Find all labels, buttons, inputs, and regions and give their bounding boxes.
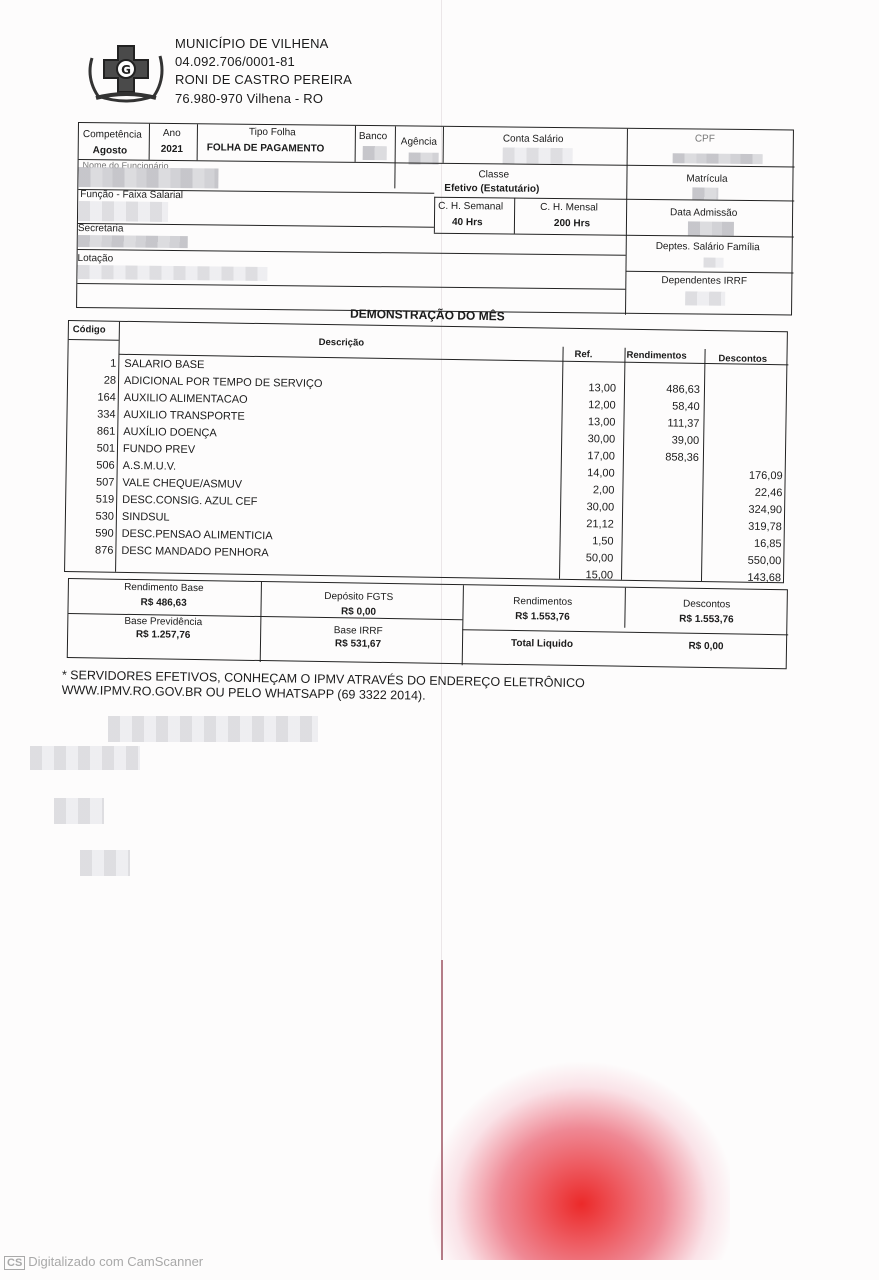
col-ref: Ref. bbox=[574, 349, 592, 360]
cell-desc: SINDSUL bbox=[122, 509, 170, 527]
cell-rend bbox=[626, 517, 698, 518]
cell-desc: DESC.CONSIG. AZUL CEF bbox=[122, 492, 258, 511]
demonstracao-title: DEMONSTRAÇÃO DO MÊS bbox=[350, 307, 505, 324]
cell-rend bbox=[627, 466, 699, 467]
cpf-label: CPF bbox=[695, 133, 715, 145]
nome-funcionario-redacted bbox=[78, 167, 218, 188]
banco-value-redacted bbox=[363, 146, 387, 160]
payroll-table: Código Descrição Ref. Rendimentos Descon… bbox=[64, 320, 788, 583]
cell-desco: 324,90 bbox=[706, 501, 782, 519]
cell-rend bbox=[626, 534, 698, 535]
base-irrf-label: Base IRRF bbox=[334, 625, 383, 637]
cell-desco bbox=[708, 416, 784, 417]
cell-ref: 21,12 bbox=[558, 516, 614, 534]
cell-code: 334 bbox=[67, 406, 115, 424]
cell-desco bbox=[708, 382, 784, 383]
cell-desco bbox=[708, 365, 784, 366]
camscanner-watermark: CSDigitalizado com CamScanner bbox=[4, 1254, 203, 1270]
cell-ref: 15,00 bbox=[557, 567, 613, 585]
cell-rend: 858,36 bbox=[627, 449, 699, 467]
redacted-signature-4 bbox=[80, 850, 130, 876]
competencia-label: Competência bbox=[83, 129, 142, 142]
cell-code: 164 bbox=[68, 389, 116, 407]
cell-desc: SALARIO BASE bbox=[124, 356, 204, 374]
cell-ref: 30,00 bbox=[559, 431, 615, 449]
funcao-redacted bbox=[78, 201, 168, 222]
agencia-label: Agência bbox=[401, 136, 437, 148]
base-irrf-value: R$ 531,67 bbox=[258, 637, 458, 651]
descontos-total-label: Descontos bbox=[683, 599, 730, 611]
base-previdencia-label: Base Previdência bbox=[124, 616, 202, 628]
cell-code: 519 bbox=[66, 491, 114, 509]
red-stain bbox=[400, 980, 730, 1260]
total-liquido-value: R$ 0,00 bbox=[624, 640, 788, 654]
cell-desco: 16,85 bbox=[705, 535, 781, 553]
total-liquido-label: Total Liquido bbox=[462, 637, 622, 651]
deptes-salario-familia-label: Deptes. Salário Família bbox=[656, 241, 760, 254]
cell-ref: 13,00 bbox=[559, 414, 615, 432]
cell-code: 876 bbox=[65, 542, 113, 560]
cell-ref: 14,00 bbox=[559, 465, 615, 483]
ano-value: 2021 bbox=[161, 144, 183, 156]
tipo-folha-value: FOLHA DE PAGAMENTO bbox=[207, 142, 325, 155]
col-descricao: Descrição bbox=[319, 337, 365, 349]
matricula-redacted bbox=[692, 187, 718, 199]
cell-rend: 486,63 bbox=[628, 381, 700, 399]
cell-desc: AUXILIO TRANSPORTE bbox=[123, 407, 245, 426]
competencia-value: Agosto bbox=[93, 145, 128, 157]
municipality-name: MUNICÍPIO DE VILHENA bbox=[175, 36, 329, 52]
cell-desco: 22,46 bbox=[706, 484, 782, 502]
cell-desc: AUXILIO ALIMENTACAO bbox=[124, 390, 248, 409]
employee-info-box: Competência Agosto Ano 2021 Tipo Folha F… bbox=[76, 122, 794, 315]
cell-code: 530 bbox=[66, 508, 114, 526]
totals-box: Rendimento Base R$ 486,63 Depósito FGTS … bbox=[67, 578, 788, 669]
rendimentos-total-label: Rendimentos bbox=[513, 596, 572, 608]
classe-label: Classe bbox=[478, 169, 509, 181]
cell-code: 861 bbox=[67, 423, 115, 441]
cell-ref: 50,00 bbox=[557, 550, 613, 568]
cell-ref: 13,00 bbox=[560, 380, 616, 398]
data-admissao-label: Data Admissão bbox=[670, 207, 737, 220]
cell-desco: 319,78 bbox=[706, 518, 782, 536]
redacted-signature-2 bbox=[30, 746, 140, 770]
cell-code: 28 bbox=[68, 372, 116, 390]
conta-salario-redacted bbox=[503, 147, 573, 164]
cell-code: 590 bbox=[66, 525, 114, 543]
cpf-redacted bbox=[673, 153, 763, 164]
cell-desco: 550,00 bbox=[705, 552, 781, 570]
classe-value: Efetivo (Estatutário) bbox=[444, 183, 539, 196]
cell-code: 1 bbox=[68, 355, 116, 373]
redacted-signature-3 bbox=[54, 798, 104, 824]
cell-desc: A.S.M.U.V. bbox=[123, 458, 177, 476]
rendimentos-total-value: R$ 1.553,76 bbox=[462, 610, 622, 624]
address: RONI DE CASTRO PEREIRA bbox=[175, 72, 352, 88]
cell-ref: 1,50 bbox=[557, 533, 613, 551]
ch-semanal-label: C. H. Semanal bbox=[438, 201, 503, 214]
deposito-fgts-label: Depósito FGTS bbox=[324, 591, 393, 603]
dependentes-irrf-redacted bbox=[685, 291, 725, 305]
rendimento-base-label: Rendimento Base bbox=[124, 582, 204, 594]
cell-rend: 39,00 bbox=[627, 432, 699, 450]
cell-desco: 176,09 bbox=[707, 467, 783, 485]
redacted-signature-1 bbox=[108, 716, 318, 742]
matricula-label: Matrícula bbox=[686, 173, 727, 185]
cell-ref: 2,00 bbox=[558, 482, 614, 500]
tipo-folha-label: Tipo Folha bbox=[249, 127, 296, 139]
lotacao-redacted bbox=[77, 265, 267, 281]
ch-mensal-label: C. H. Mensal bbox=[540, 202, 598, 215]
base-previdencia-value: R$ 1.257,76 bbox=[68, 628, 258, 642]
svg-text:G: G bbox=[121, 63, 131, 77]
col-codigo: Código bbox=[73, 324, 106, 336]
cell-rend bbox=[625, 568, 697, 569]
cell-code: 501 bbox=[67, 440, 115, 458]
dependentes-irrf-label: Dependentes IRRF bbox=[661, 275, 747, 288]
cell-rend bbox=[628, 364, 700, 365]
cnpj: 04.092.706/0001-81 bbox=[175, 54, 295, 70]
conta-salario-label: Conta Salário bbox=[503, 133, 564, 146]
secretaria-redacted bbox=[78, 235, 188, 248]
lotacao-label: Lotação bbox=[78, 253, 114, 265]
ano-label: Ano bbox=[163, 128, 181, 140]
data-admissao-redacted bbox=[688, 221, 734, 235]
cell-code bbox=[65, 559, 113, 560]
cell-code: 507 bbox=[66, 474, 114, 492]
cell-ref: 12,00 bbox=[560, 397, 616, 415]
cell-ref bbox=[560, 363, 616, 364]
camscanner-logo-icon: CS bbox=[4, 1256, 25, 1270]
cell-rend: 58,40 bbox=[628, 398, 700, 416]
rendimento-base-value: R$ 486,63 bbox=[69, 596, 259, 610]
descontos-total-value: R$ 1.553,76 bbox=[624, 613, 788, 627]
cell-desc: FUNDO PREV bbox=[123, 441, 195, 459]
coat-of-arms-icon: G bbox=[82, 38, 170, 104]
deptes-redacted bbox=[704, 258, 724, 268]
camscanner-text: Digitalizado com CamScanner bbox=[28, 1254, 203, 1269]
cell-desco: 143,68 bbox=[705, 569, 781, 587]
cell-desco bbox=[707, 433, 783, 434]
cell-desc: VALE CHEQUE/ASMUV bbox=[122, 475, 242, 494]
cell-desc: AUXÍLIO DOENÇA bbox=[123, 424, 217, 442]
cell-rend bbox=[625, 551, 697, 552]
ipmv-note: * SERVIDORES EFETIVOS, CONHEÇAM O IPMV A… bbox=[62, 668, 662, 707]
cell-desco bbox=[707, 450, 783, 451]
ch-mensal-value: 200 Hrs bbox=[554, 218, 590, 230]
col-rendimentos: Rendimentos bbox=[626, 350, 686, 362]
funcao-label: Função - Faixa Salarial bbox=[80, 189, 183, 202]
secretaria-label: Secretaria bbox=[78, 223, 124, 235]
banco-label: Banco bbox=[359, 131, 387, 143]
city: 76.980-970 Vilhena - RO bbox=[175, 91, 323, 107]
cell-rend bbox=[626, 500, 698, 501]
cell-ref: 30,00 bbox=[558, 499, 614, 517]
cell-rend: 111,37 bbox=[627, 415, 699, 433]
paper-fold-dark bbox=[441, 960, 443, 1260]
cell-desco bbox=[708, 399, 784, 400]
cell-code: 506 bbox=[67, 457, 115, 475]
cell-rend bbox=[627, 483, 699, 484]
ch-semanal-value: 40 Hrs bbox=[452, 217, 483, 229]
cell-ref: 17,00 bbox=[559, 448, 615, 466]
